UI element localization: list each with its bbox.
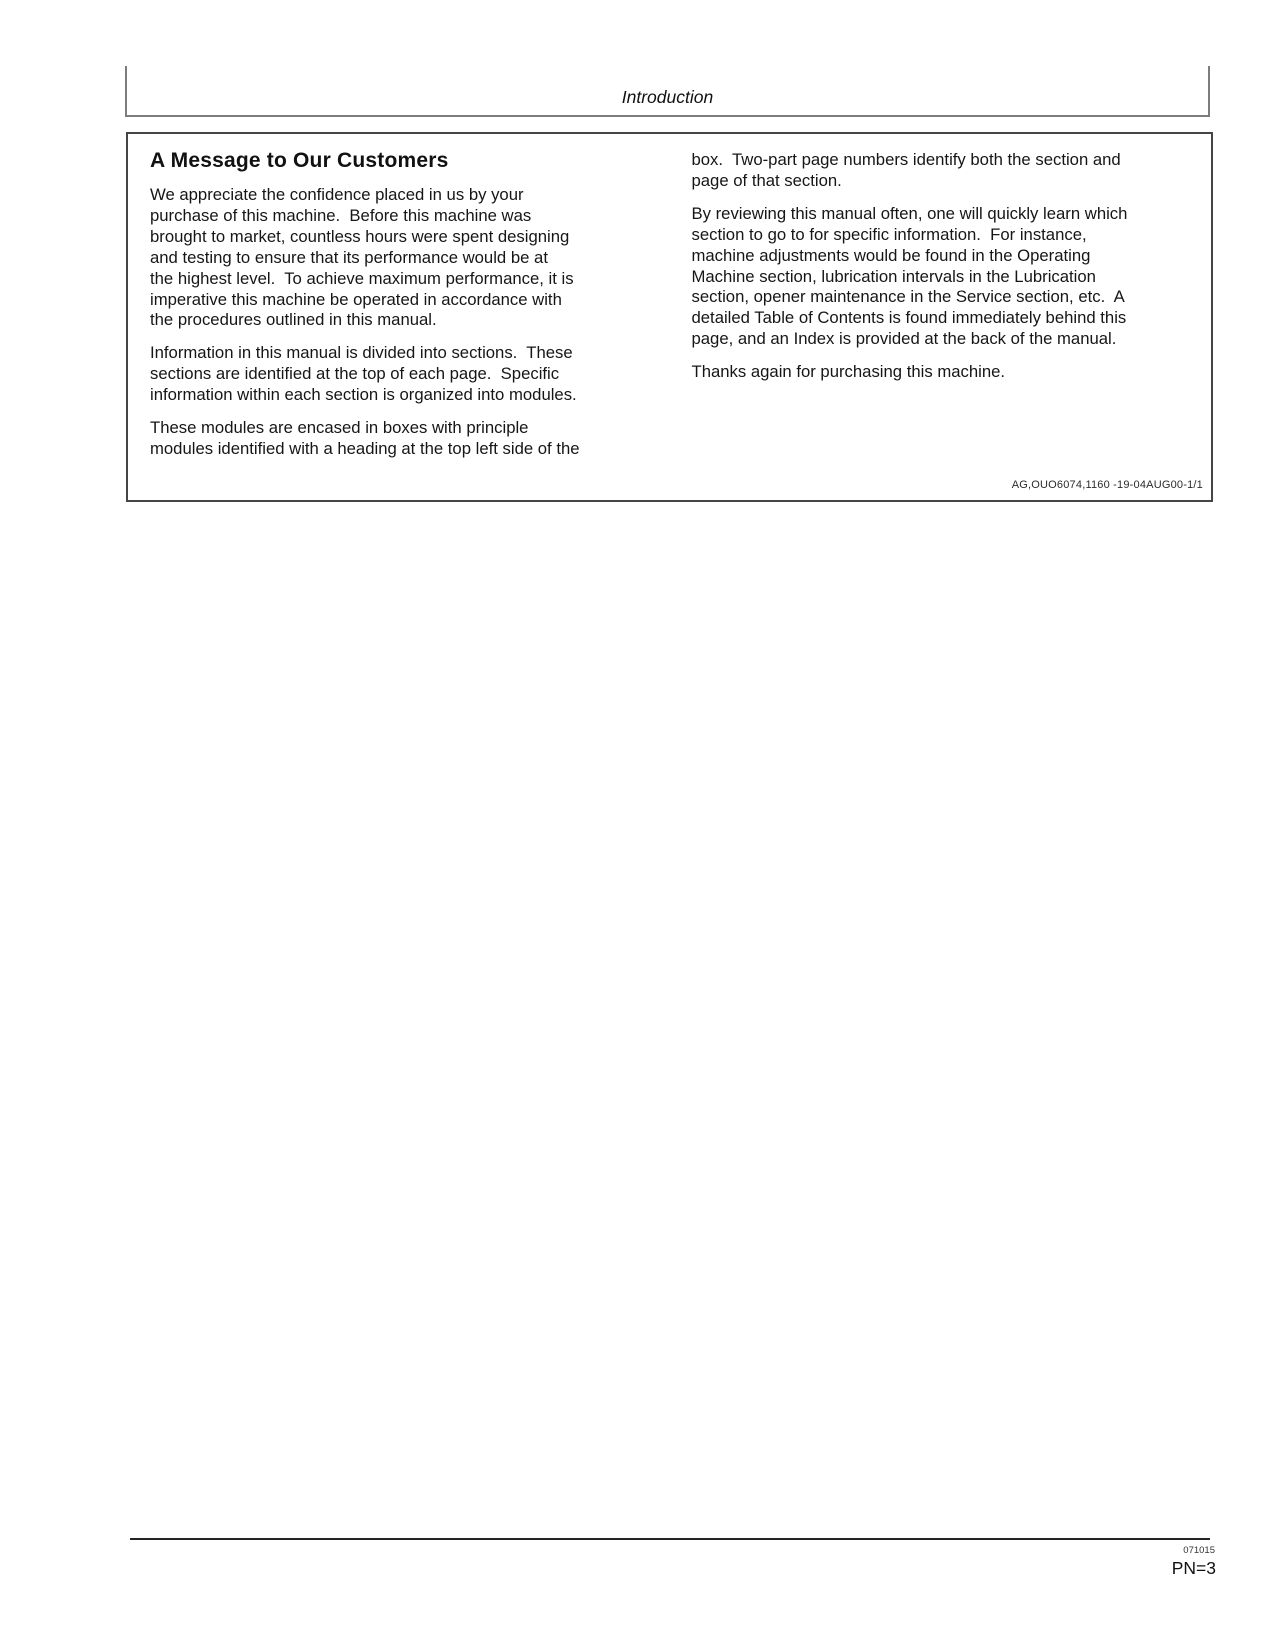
footer-small-code: 071015 <box>1183 1545 1215 1556</box>
message-paragraph: These modules are encased in boxes with … <box>150 418 648 460</box>
manual-page: Introduction A Message to Our Customers … <box>0 0 1275 1650</box>
footer-rule <box>130 1538 1210 1540</box>
left-column: A Message to Our Customers We appreciate… <box>150 147 648 472</box>
message-paragraph: We appreciate the confidence placed in u… <box>150 185 648 331</box>
message-heading: A Message to Our Customers <box>150 149 648 173</box>
document-code: AG,OUO6074,1160 -19-04AUG00-1/1 <box>1012 479 1203 491</box>
message-paragraph: box. Two-part page numbers identify both… <box>692 150 1190 192</box>
message-paragraph: Information in this manual is divided in… <box>150 343 648 406</box>
message-paragraph: Thanks again for purchasing this machine… <box>692 362 1190 383</box>
running-header: Introduction <box>125 66 1210 117</box>
message-box: A Message to Our Customers We appreciate… <box>126 132 1213 502</box>
page-number: PN=3 <box>1172 1558 1216 1579</box>
section-title: Introduction <box>127 87 1208 108</box>
message-paragraph: By reviewing this manual often, one will… <box>692 204 1190 350</box>
right-column: box. Two-part page numbers identify both… <box>692 147 1190 472</box>
message-box-columns: A Message to Our Customers We appreciate… <box>128 134 1211 472</box>
